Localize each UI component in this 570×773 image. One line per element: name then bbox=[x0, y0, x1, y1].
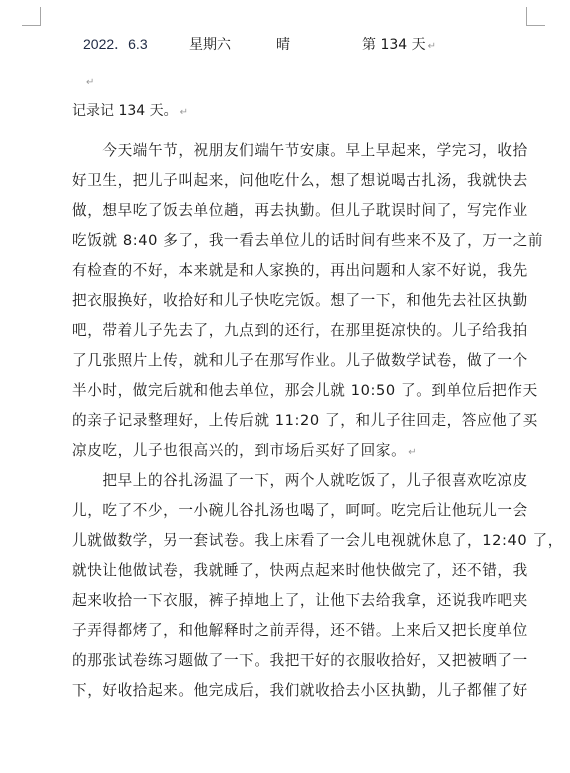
paragraph-2[interactable]: 把早上的谷扎汤温了一下，两个人就吃饭了，儿子很喜欢吃凉皮 儿，吃了不少，一小碗儿… bbox=[72, 466, 542, 706]
paragraph-mark-icon: ↵ bbox=[408, 447, 417, 458]
text-line-last: 凉皮吃，儿子也很高兴的，到市场后买好了回家。↵ bbox=[72, 436, 542, 466]
text-line: 的那张试卷练习题做了一下。我把干好的衣服收拾好，又把被晒了一 bbox=[72, 646, 542, 676]
paragraph-mark-icon: ↵ bbox=[180, 107, 188, 118]
text-line: 子弄得都烤了，和他解释时之前弄得，还不错。上来后又把长度单位 bbox=[72, 616, 542, 646]
text-line: 的亲子记录整理好，上传后就 11:20 了，和儿子往回走，答应他了买 bbox=[72, 406, 542, 436]
header-day-count: 第 134 天↵ bbox=[362, 34, 436, 54]
text-line: 做，想早吃了饭去单位趟，再去执勤。但儿子耽误时间了，写完作业 bbox=[72, 196, 542, 226]
margin-corner-top-right bbox=[526, 7, 545, 26]
paragraph-mark-icon: ↵ bbox=[428, 41, 436, 52]
paragraph-1[interactable]: 今天端午节，祝朋友们端午节安康。早上早起来，学完习，收拾 好卫生，把儿子叫起来，… bbox=[72, 136, 542, 466]
text-line: 吧，带着儿子先去了，九点到的还行，在那里挺凉快的。儿子给我拍 bbox=[72, 316, 542, 346]
paragraph-mark-icon: ↵ bbox=[86, 77, 94, 88]
text-line-content: 凉皮吃，儿子也很高兴的，到市场后买好了回家。 bbox=[72, 442, 406, 459]
text-line: 好卫生，把儿子叫起来，问他吃什么，想了想说喝古扎汤，我就快去 bbox=[72, 166, 542, 196]
text-line: 就快让他做试卷，我就睡了，快两点起来时他快做完了，还不错，我 bbox=[72, 556, 542, 586]
text-line: 儿就做数学，另一套试卷。我上床看了一会儿电视就休息了，12:40 了， bbox=[72, 526, 542, 556]
text-line: 儿，吃了不少，一小碗儿谷扎汤也喝了，呵呵。吃完后让他玩儿一会 bbox=[72, 496, 542, 526]
header-weekday: 星期六 bbox=[189, 34, 231, 54]
header-weather: 晴 bbox=[276, 34, 290, 54]
empty-paragraph[interactable]: ↵ bbox=[84, 70, 94, 89]
text-line: 起来收拾一下衣服，裤子掉地上了，让他下去给我拿，还说我咋吧夹 bbox=[72, 586, 542, 616]
document-body[interactable]: 今天端午节，祝朋友们端午节安康。早上早起来，学完习，收拾 好卫生，把儿子叫起来，… bbox=[72, 136, 542, 706]
header-date: 2022．6.3 bbox=[83, 34, 148, 54]
text-line: 半小时，做完后就和他去单位，那会儿就 10:50 了。到单位后把作天 bbox=[72, 376, 542, 406]
entry-title-text: 记录记 134 天。 bbox=[72, 103, 178, 119]
text-line: 今天端午节，祝朋友们端午节安康。早上早起来，学完习，收拾 bbox=[72, 136, 542, 166]
header-day-count-text: 第 134 天 bbox=[362, 37, 426, 53]
text-line: 吃饭就 8:40 多了，我一看去单位儿的话时间有些来不及了，万一之前 bbox=[72, 226, 542, 256]
margin-corner-top-left bbox=[22, 7, 41, 26]
text-line: 把早上的谷扎汤温了一下，两个人就吃饭了，儿子很喜欢吃凉皮 bbox=[72, 466, 542, 496]
entry-title[interactable]: 记录记 134 天。↵ bbox=[72, 100, 188, 120]
text-line: 把衣服换好，收拾好和儿子快吃完饭。想了一下，和他先去社区执勤 bbox=[72, 286, 542, 316]
text-line: 下，好收拾起来。他完成后，我们就收拾去小区执勤，儿子都催了好 bbox=[72, 676, 542, 706]
text-line: 有检查的不好，本来就是和人家换的，再出问题和人家不好说，我先 bbox=[72, 256, 542, 286]
document-page[interactable]: 2022．6.3 星期六 晴 第 134 天↵ ↵ 记录记 134 天。↵ 今天… bbox=[0, 0, 570, 773]
text-line: 了几张照片上传，就和儿子在那写作业。儿子做数学试卷，做了一个 bbox=[72, 346, 542, 376]
